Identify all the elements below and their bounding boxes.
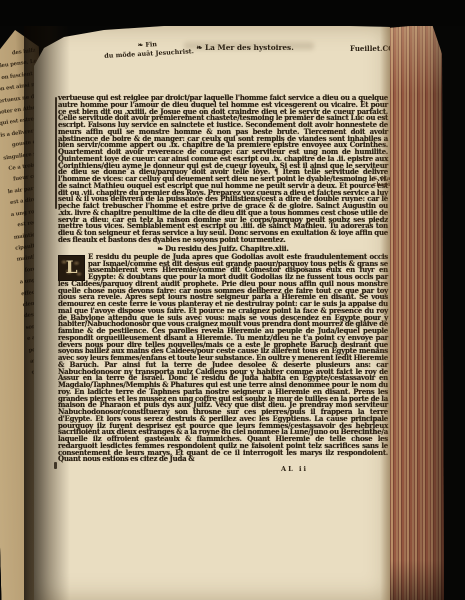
body-paragraph-2-text: E residu du peuple de Juda apres que God…	[58, 252, 388, 464]
running-head-title: ❧ La Mer des hystoires.	[180, 43, 310, 52]
text-block: vertueuse qui est reiglee par droict/par…	[58, 95, 388, 463]
book-page: ❧ Fin du mõde auãt Jesuchrist. ❧ La Mer …	[34, 24, 390, 600]
background-void	[0, 0, 465, 26]
book-photograph: des iuifza dieu pense. Le chde on fuscie…	[0, 0, 465, 600]
margin-ink-mark	[54, 462, 57, 469]
book-fore-edge	[388, 24, 446, 600]
signature-mark: AL ii	[281, 465, 308, 473]
body-paragraph-2: LE residu du peuple de Juda apres que Go…	[58, 254, 388, 463]
body-paragraph-1: vertueuse qui est reiglee par droict/par…	[58, 95, 388, 244]
woodcut-initial: L	[58, 255, 85, 281]
margin-ink-line	[55, 97, 57, 209]
